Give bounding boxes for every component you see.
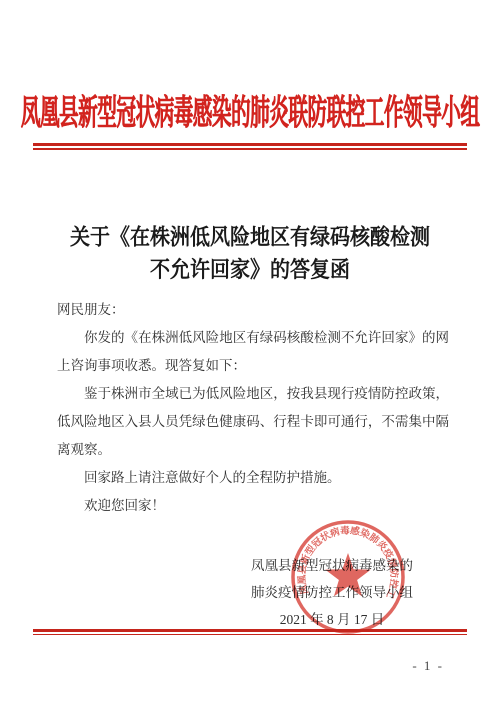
letter-body: 网民朋友： 你发的《在株洲低风险地区有绿码核酸检测不允许回家》的网上咨询事项收悉…	[57, 296, 449, 520]
paragraph-2: 鉴于株洲市全域已为低风险地区，按我县现行疫情防控政策，低风险地区入县人员凭绿色健…	[57, 380, 449, 464]
document-title-line2: 不允许回家》的答复函	[150, 258, 350, 283]
letterhead-org-text: 凤凰县新型冠状病毒感染的肺炎联防联控工作领导小组	[21, 84, 480, 135]
letterhead-rule-thick	[33, 143, 467, 146]
footer-rule-thick	[33, 629, 467, 632]
salutation: 网民朋友：	[57, 296, 449, 324]
signature-org-line2: 肺炎疫情防控工作领导小组	[251, 579, 413, 606]
document-title-line1: 关于《在株洲低风险地区有绿码核酸检测	[70, 225, 430, 250]
paragraph-1: 你发的《在株洲低风险地区有绿码核酸检测不允许回家》的网上咨询事项收悉。现答复如下…	[57, 324, 449, 380]
document-title: 关于《在株洲低风险地区有绿码核酸检测 不允许回家》的答复函	[0, 222, 500, 287]
paragraph-3: 回家路上请注意做好个人的全程防护措施。	[57, 464, 449, 492]
paragraph-4: 欢迎您回家！	[57, 492, 449, 520]
letterhead-org-line: 凤凰县新型冠状病毒感染的肺炎联防联控工作领导小组	[0, 84, 500, 113]
document-page: 凤凰县新型冠状病毒感染的肺炎联防联控工作领导小组 关于《在株洲低风险地区有绿码核…	[0, 0, 500, 707]
page-number: - 1 -	[412, 658, 444, 674]
letterhead-rule-thin	[33, 148, 467, 150]
signature-org-line1: 凤凰县新型冠状病毒感染的	[251, 552, 413, 579]
footer-rule-thin	[33, 634, 467, 636]
signature-block: 凤凰县新型冠状病毒感染的 肺炎疫情防控工作领导小组 2021 年 8 月 17 …	[251, 552, 413, 633]
